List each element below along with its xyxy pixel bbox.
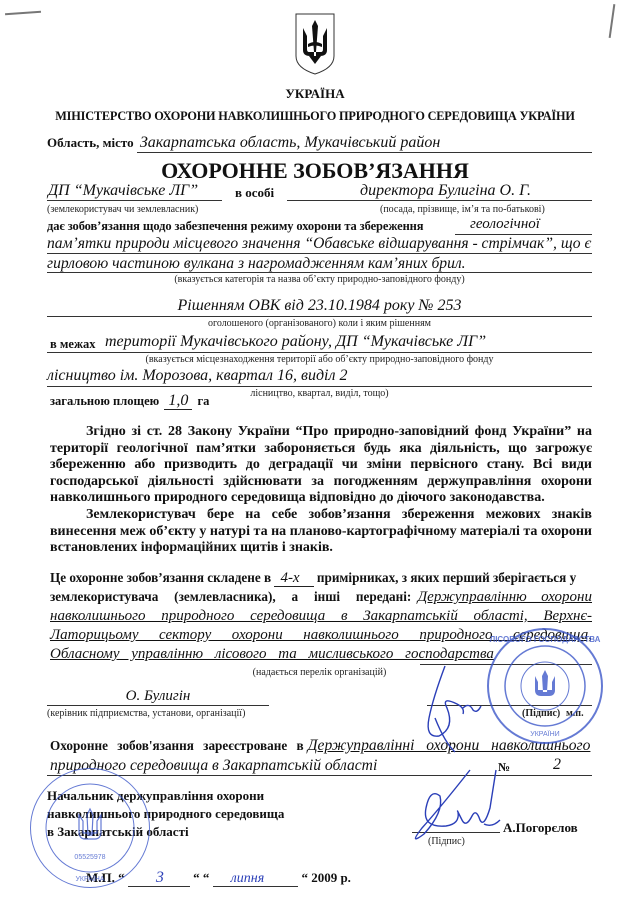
object-line-3: гирловою частиною вулкана з нагромадженн… [47,255,466,273]
svg-text:05525978: 05525978 [74,854,105,861]
decision-value: Рішенням ОВК від 23.10.1984 року № 253 [47,297,592,315]
representative-value: директора Булигіна О. Г. [360,182,531,200]
registration-lead: Охоронне зобов'язання зареєстроване в [50,738,304,753]
location-value-1: території Мукачівського району, ДП “Мука… [105,333,486,351]
location-caption-1: (вказується місцезнаходження території а… [47,354,592,365]
country-heading: УКРАЇНА [0,86,630,102]
signatory-signature [415,658,495,753]
decision-underline [47,316,592,317]
signatory-caption: (керівник підприємства, установи, органі… [47,708,245,719]
corner-mark-top-right [609,4,615,38]
decision-caption: оголошеного (організованого) коли і яким… [47,318,592,329]
svg-text:УКРАЇНА: УКРАЇНА [75,875,104,883]
stamp-ring-icon: ЛІСОВОГО ГОСПОДАРСТВА УКРАЇНИ [489,630,601,742]
land-user-paragraph: Землекористувач бере на себе зобов’язанн… [50,507,592,557]
corner-mark-top-left [5,11,41,15]
copies-lead: Це охоронне зобов’язання складене в [50,570,271,585]
object-underline-2 [47,253,592,254]
approval-name: А.Погорєлов [503,820,578,836]
area-row: загальною площею 1,0 га [50,392,209,410]
location-label: в межах [50,337,96,352]
representative-caption: (посада, прізвище, ім’я та по-батькові) [380,204,545,215]
approval-month: липня [213,871,299,887]
svg-text:ЛІСОВОГО ГОСПОДАРСТВА: ЛІСОВОГО ГОСПОДАРСТВА [490,635,601,644]
copies-tail-start: примірниках, з яких перший зберігається … [317,570,576,585]
region-row: Область, місто Закарпатська область, Мук… [47,134,592,152]
copies-tail-end: землекористувача (землевласника), а інші… [50,589,411,604]
land-user-underline [47,200,222,201]
region-value: Закарпатська область, Мукачівський район [140,134,441,151]
area-unit: га [197,394,209,408]
in-person-label: в особі [235,185,274,201]
svg-text:УКРАЇНИ: УКРАЇНИ [530,730,559,738]
copies-row: Це охоронне зобов’язання складене в 4-х … [50,570,592,587]
law-paragraph: Згідно зі ст. 28 Закону України “Про при… [50,424,592,507]
location-value-2: лісництво ім. Морозова, квартал 16, виді… [47,367,347,385]
trident-icon [294,12,336,76]
area-value: 1,0 [164,392,192,410]
object-line-1: геологічної [470,216,540,233]
law-paragraph-text: Згідно зі ст. 28 Закону України “Про при… [50,424,592,505]
object-caption: (вказується категорія та назва об’єкту п… [47,274,592,285]
forestry-committee-stamp: ЛІСОВОГО ГОСПОДАРСТВА УКРАЇНИ [487,628,603,744]
location-underline-1 [47,352,592,353]
signatory-name: О. Булигін [47,688,269,705]
stamp-ring-icon: 05525978 УКРАЇНА [31,769,149,887]
ministry-heading: МІНІСТЕРСТВО ОХОРОНИ НАВКОЛИШНЬОГО ПРИРО… [0,109,630,124]
land-user-paragraph-text: Землекористувач бере на себе зобов’язанн… [50,507,592,555]
region-label: Область, місто [47,135,134,150]
land-user-caption: (землекористувач чи землевласник) [47,204,198,215]
signatory-underline [47,705,269,706]
location-underline-2 [47,386,592,387]
region-underline [137,152,592,153]
registration-number-value: 2 [553,756,561,774]
representative-underline [287,200,592,201]
approval-year: “ 2009 р. [301,870,350,885]
area-label: загальною площею [50,394,159,408]
document-title: ОХОРОННЕ ЗОБОВ’ЯЗАННЯ [0,158,630,184]
object-line-2: пам’ятки природи місцевого значення “Оба… [47,235,591,253]
copies-count: 4-х [274,570,313,587]
environment-department-stamp: 05525978 УКРАЇНА [30,768,150,888]
approval-signature [400,768,510,848]
object-underline-3 [47,272,592,273]
trident-emblem [294,12,336,76]
land-user-value: ДП “Мукачівське ЛГ” [48,182,198,200]
obligation-lead: дає зобов’язання щодо забезпечення режим… [47,219,423,234]
